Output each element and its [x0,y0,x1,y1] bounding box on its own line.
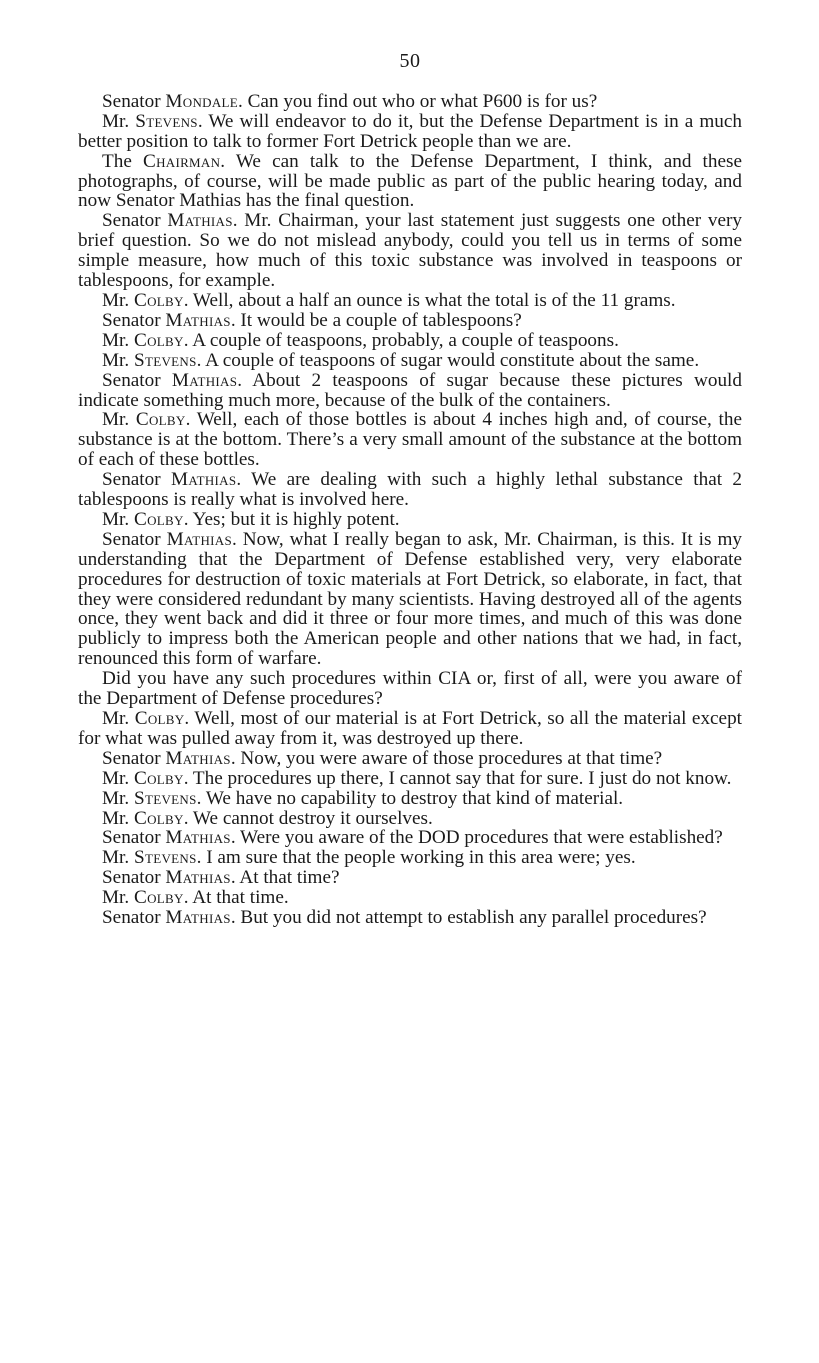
speaker-name: Mathias [171,469,236,490]
paragraph: Senator Mathias. Mr. Chairman, your last… [78,211,742,291]
speaker-name: Colby [134,768,184,789]
speaker-name: Stevens [134,788,197,809]
speaker-title: Mr. [102,788,134,809]
speaker-title: Senator [102,827,165,848]
speaker-name: Mathias [165,907,230,928]
speaker-title: Senator [102,469,171,490]
speaker-title: Mr. [102,808,134,829]
speaker-title: Mr. [102,847,134,868]
paragraph: Mr. Colby. The procedures up there, I ca… [78,769,742,789]
speaker-title: Mr. [102,409,136,430]
paragraph: Mr. Colby. Well, about a half an ounce i… [78,291,742,311]
paragraph: Senator Mathias. At that time? [78,868,742,888]
paragraph: Mr. Colby. At that time. [78,888,742,908]
speaker-title: Mr. [102,768,134,789]
speaker-name: Colby [135,708,185,729]
speaker-name: Mathias [165,867,230,888]
speaker-name: Colby [136,409,186,430]
speaker-name: Mathias [167,210,232,231]
page-number: 50 [78,52,742,72]
paragraph: Senator Mathias. But you did not attempt… [78,908,742,928]
paragraph-text: . The procedures up there, I cannot say … [184,768,732,789]
speaker-name: Colby [134,290,184,311]
speaker-name: Mondale [165,91,238,112]
paragraph: Mr. Stevens. A couple of teaspoons of su… [78,351,742,371]
speaker-title: Mr. [102,330,134,351]
paragraph: Senator Mathias. About 2 teaspoons of su… [78,371,742,411]
speaker-title: Mr. [102,509,134,530]
paragraph-text: . It would be a couple of tablespoons? [231,310,522,331]
paragraph: Mr. Stevens. We will endeavor to do it, … [78,112,742,152]
speaker-title: Senator [102,529,167,550]
paragraph-text: . Now, you were aware of those procedure… [231,748,662,769]
document-page: 50 Senator Mondale. Can you find out who… [78,52,742,928]
speaker-name: Colby [134,509,184,530]
speaker-title: Mr. [102,887,134,908]
speaker-name: Colby [134,330,184,351]
paragraph-text: . At that time. [184,887,289,908]
paragraph-text: . Can you find out who or what P600 is f… [238,91,597,112]
paragraph: The Chairman. We can talk to the Defense… [78,152,742,212]
paragraph-text: . Well, about a half an ounce is what th… [184,290,676,311]
paragraph-text: . At that time? [231,867,340,888]
speaker-name: Stevens [134,847,197,868]
paragraph: Senator Mathias. Now, what I really bega… [78,530,742,669]
paragraph: Senator Mathias. It would be a couple of… [78,311,742,331]
speaker-title: The [102,151,143,172]
speaker-title: Mr. [102,111,135,132]
paragraph: Mr. Colby. Well, each of those bottles i… [78,410,742,470]
speaker-name: Mathias [165,748,230,769]
paragraph: Mr. Colby. A couple of teaspoons, probab… [78,331,742,351]
paragraph: Mr. Stevens. We have no capability to de… [78,789,742,809]
paragraph-text: . But you did not attempt to establish a… [231,907,707,928]
paragraph: Mr. Colby. Well, most of our material is… [78,709,742,749]
speaker-name: Stevens [134,350,197,371]
speaker-title: Senator [102,370,172,391]
paragraph: Senator Mondale. Can you find out who or… [78,92,742,112]
speaker-title: Mr. [102,350,134,371]
speaker-title: Senator [102,310,165,331]
paragraph: Did you have any such procedures within … [78,669,742,709]
speaker-title: Senator [102,748,165,769]
paragraph-text: Did you have any such procedures within … [78,668,742,709]
paragraph-text: . Yes; but it is highly potent. [184,509,400,530]
speaker-name: Chairman [143,151,220,172]
speaker-title: Senator [102,867,165,888]
speaker-name: Mathias [165,827,230,848]
paragraph-text: . A couple of teaspoons, probably, a cou… [184,330,619,351]
speaker-title: Mr. [102,708,135,729]
paragraph: Mr. Colby. Yes; but it is highly potent. [78,510,742,530]
paragraph-text: . A couple of teaspoons of sugar would c… [197,350,700,371]
speaker-name: Mathias [167,529,232,550]
speaker-title: Senator [102,91,165,112]
paragraph-text: . Were you aware of the DOD procedures t… [231,827,723,848]
speaker-name: Colby [134,808,184,829]
speaker-name: Mathias [172,370,237,391]
paragraph-text: . Now, what I really began to ask, Mr. C… [78,529,742,669]
speaker-name: Colby [134,887,184,908]
speaker-title: Senator [102,210,167,231]
paragraph-text: . We have no capability to destroy that … [197,788,624,809]
speaker-name: Mathias [165,310,230,331]
paragraph: Mr. Colby. We cannot destroy it ourselve… [78,809,742,829]
paragraph: Senator Mathias. We are dealing with suc… [78,470,742,510]
speaker-title: Senator [102,907,165,928]
paragraph: Senator Mathias. Now, you were aware of … [78,749,742,769]
speaker-name: Stevens [135,111,198,132]
paragraph: Senator Mathias. Were you aware of the D… [78,828,742,848]
paragraph-text: . We cannot destroy it ourselves. [184,808,433,829]
paragraph: Mr. Stevens. I am sure that the people w… [78,848,742,868]
speaker-title: Mr. [102,290,134,311]
paragraph-text: . I am sure that the people working in t… [197,847,636,868]
